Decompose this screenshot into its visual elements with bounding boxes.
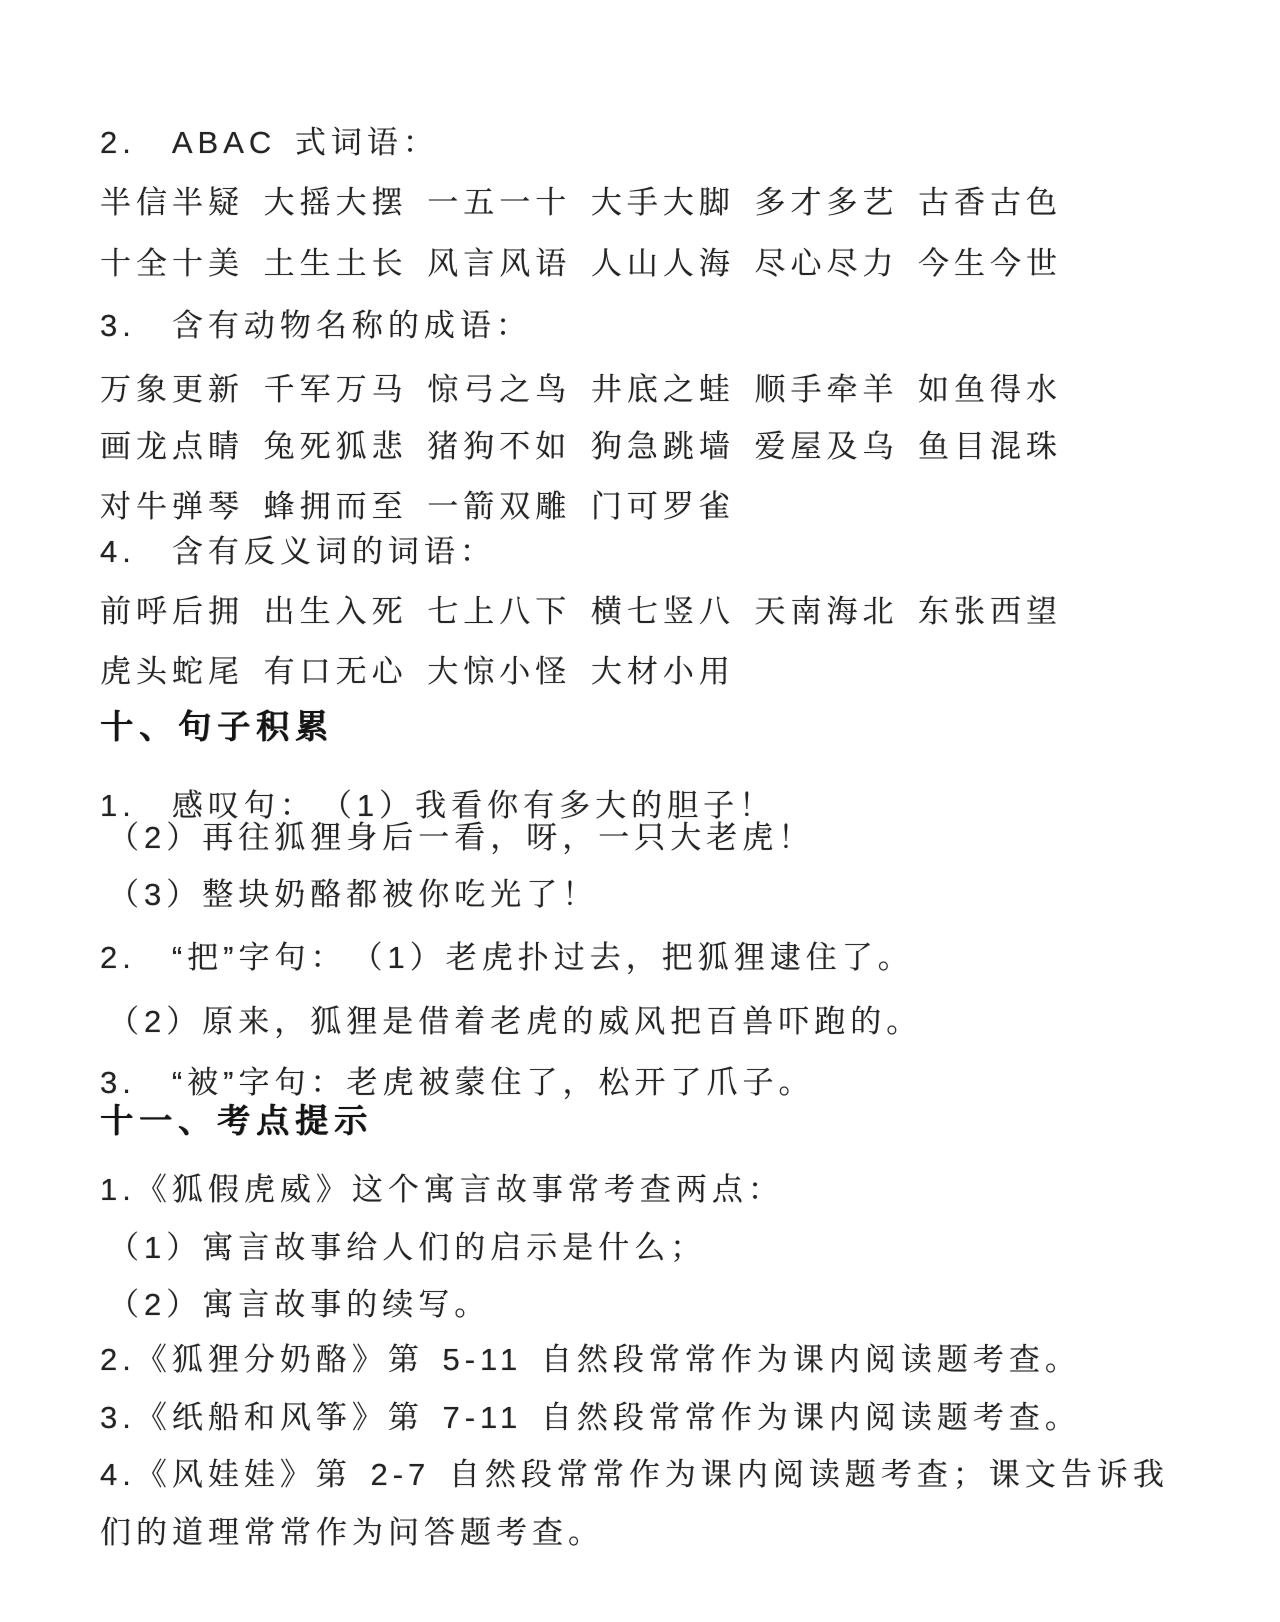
exclamation-sentence-1: 1. 感叹句： （1）我看你有多大的胆子！ [100,788,775,824]
abac-words-row-2: 十全十美 土生土长 风言风语 人山人海 尽心尽力 今生今世 [100,246,1062,282]
sentence-section-heading: 十、句子积累 [100,709,334,745]
antonym-words-title: 4. 含有反义词的词语： [100,534,496,570]
abac-words-row-1: 半信半疑 大摇大摆 一五一十 大手大脚 多才多艺 古香古色 [100,185,1062,221]
animal-idioms-row-1: 万象更新 千军万马 惊弓之鸟 井底之蛙 顺手牵羊 如鱼得水 [100,372,1062,408]
tip-2: 2.《狐狸分奶酪》第 5-11 自然段常常作为课内阅读题考查。 [100,1342,1081,1378]
antonym-words-row-2: 虎头蛇尾 有口无心 大惊小怪 大材小用 [100,654,735,690]
exclamation-sentence-2: （2）再往狐狸身后一看，呀，一只大老虎！ [108,820,814,856]
tip-1-sub-2: （2）寓言故事的续写。 [108,1287,490,1323]
animal-idioms-row-2: 画龙点睛 兔死狐悲 猪狗不如 狗急跳墙 爱屋及乌 鱼目混珠 [100,429,1062,465]
tip-4-continuation: 们的道理常常作为问答题考查。 [100,1515,604,1551]
tip-3: 3.《纸船和风筝》第 7-11 自然段常常作为课内阅读题考查。 [100,1400,1081,1436]
ba-sentence-2: （2）原来，狐狸是借着老虎的威风把百兽吓跑的。 [108,1004,922,1040]
exclamation-sentence-3: （3）整块奶酪都被你吃光了！ [108,877,598,913]
tip-4: 4.《风娃娃》第 2-7 自然段常常作为课内阅读题考查；课文告诉我 [100,1457,1169,1493]
ba-sentence-1: 2. “把”字句： （1）老虎扑过去，把狐狸逮住了。 [100,940,914,976]
animal-idioms-row-3: 对牛弹琴 蜂拥而至 一箭双雕 门可罗雀 [100,489,735,525]
document-page: 2. ABAC 式词语： 半信半疑 大摇大摆 一五一十 大手大脚 多才多艺 古香… [0,0,1280,1622]
antonym-words-row-1: 前呼后拥 出生入死 七上八下 横七竖八 天南海北 东张西望 [100,594,1062,630]
tip-1: 1.《狐假虎威》这个寓言故事常考查两点： [100,1172,784,1208]
bei-sentence: 3. “被”字句：老虎被蒙住了，松开了爪子。 [100,1065,815,1101]
tips-section-heading: 十一、考点提示 [100,1103,373,1139]
tip-1-sub-1: （1）寓言故事给人们的启示是什么； [108,1230,706,1266]
abac-section-title: 2. ABAC 式词语： [100,125,439,161]
animal-idioms-title: 3. 含有动物名称的成语： [100,308,532,344]
